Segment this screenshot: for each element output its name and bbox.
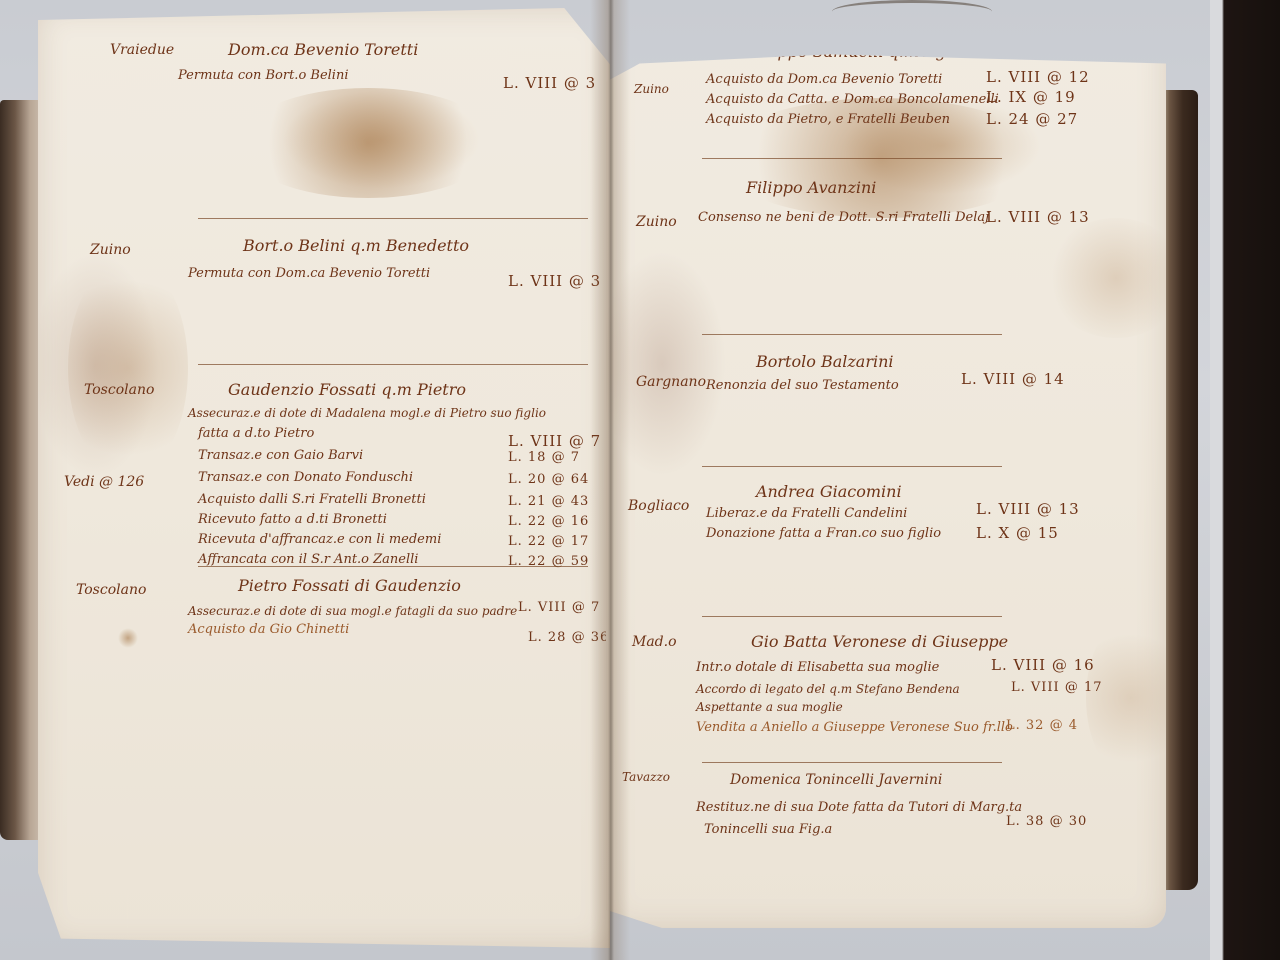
- entry-line: Acquisto da Pietro, e Fratelli Beuben: [706, 112, 950, 127]
- entry-amount: L. VIII @ 14: [961, 370, 1065, 388]
- entry-line: Transaz.e con Gaio Barvi: [198, 448, 363, 463]
- entry-amount: L. VIII @ 16: [991, 656, 1095, 674]
- entry-line: Acquisto da Gio Chinetti: [188, 622, 349, 637]
- entry-line: Acquisto da Catta. e Dom.ca Boncolamenel…: [706, 92, 999, 107]
- entry-place: Tavazzo: [622, 770, 670, 784]
- entry-line: Affrancata con il S.r Ant.o Zanelli: [198, 552, 418, 567]
- entry-line: Consenso ne beni de Dott. S.ri Fratelli …: [698, 210, 989, 225]
- entry-place: Gargnano: [636, 374, 706, 390]
- entry-divider: [702, 762, 1002, 763]
- water-stain: [1086, 618, 1166, 778]
- entry-line: Donazione fatta a Fran.co suo figlio: [706, 526, 941, 541]
- entry-amount: L. VIII @ 7: [518, 600, 600, 615]
- left-page: Vraiedue Dom.ca Bevenio Toretti Permuta …: [38, 8, 610, 948]
- entry-amount: L. 22 @ 16: [508, 514, 589, 529]
- entry-place: Toscolano: [76, 582, 146, 598]
- entry-amount: L. 24 @ 27: [986, 110, 1078, 128]
- entry-amount: L. VIII @ 12: [986, 68, 1090, 86]
- entry-amount: L. 22 @ 17: [508, 534, 589, 549]
- entry-amount: L. VIII @ 13: [986, 208, 1090, 226]
- entry-name: Domenica Tonincelli Javernini: [730, 772, 942, 788]
- entry-line: Liberaz.e da Fratelli Candelini: [706, 506, 907, 521]
- entry-divider: [198, 218, 588, 219]
- entry-line: Ricevuta d'affrancaz.e con li medemi: [198, 532, 441, 547]
- entry-amount: L. 18 @ 7: [508, 450, 580, 465]
- water-stain: [1046, 218, 1166, 338]
- entry-name: Andrea Giacomini: [756, 482, 902, 501]
- entry-name: Gaudenzio Fossati q.m Pietro: [228, 380, 466, 399]
- entry-line: Permuta con Bort.o Belini: [178, 68, 349, 83]
- water-stain: [238, 88, 498, 198]
- entry-amount: L. VIII @ 3: [508, 272, 601, 290]
- book-cover-right: [1210, 0, 1280, 960]
- entry-name: Bort.o Belini q.m Benedetto: [243, 236, 469, 255]
- entry-line: Assecuraz.e di dote di Madalena mogl.e d…: [188, 406, 546, 420]
- water-stain: [68, 258, 188, 478]
- bookmark-string: [832, 0, 992, 23]
- entry-name: Gio Batta Veronese di Giuseppe: [751, 632, 1008, 651]
- margin-note: Vedi @ 126: [64, 474, 144, 490]
- entry-divider: [198, 364, 588, 365]
- entry-divider: [198, 566, 588, 567]
- entry-line: Intr.o dotale di Elisabetta sua moglie: [696, 660, 939, 675]
- entry-divider: [702, 334, 1002, 335]
- entry-amount: L. 32 @ 4: [1006, 718, 1078, 733]
- entry-amount: L. X @ 15: [976, 524, 1059, 542]
- right-page: 70 Zuino Filippo Samuelli q.m Agostino A…: [606, 18, 1166, 928]
- entry-line: Acquisto dalli S.ri Fratelli Bronetti: [198, 492, 426, 507]
- entry-line: fatta a d.to Pietro: [198, 426, 314, 441]
- entry-amount: L. 21 @ 43: [508, 494, 589, 509]
- entry-line: Permuta con Dom.ca Bevenio Toretti: [188, 266, 430, 281]
- entry-amount: L. VIII @ 17: [1011, 680, 1103, 695]
- entry-divider: [702, 616, 1002, 617]
- entry-line: Acquisto da Dom.ca Bevenio Toretti: [706, 72, 942, 87]
- entry-line: Ricevuto fatto a d.ti Bronetti: [198, 512, 387, 527]
- entry-place: Vraiedue: [110, 42, 174, 58]
- entry-place: Bogliaco: [628, 498, 689, 514]
- entry-divider: [702, 158, 1002, 159]
- entry-line: Vendita a Aniello a Giuseppe Veronese Su…: [696, 720, 1013, 735]
- entry-line: Accordo di legato del q.m Stefano Benden…: [696, 682, 960, 696]
- entry-amount: L. 38 @ 30: [1006, 814, 1087, 829]
- entry-line: Restituz.ne di sua Dote fatta da Tutori …: [696, 800, 1022, 815]
- entry-amount: L. VIII @ 3: [503, 74, 596, 92]
- entry-line: Aspettante a sua moglie: [696, 700, 843, 714]
- entry-amount: L. VIII @ 7: [508, 432, 601, 450]
- entry-amount: L. 28 @ 36: [528, 630, 609, 645]
- entry-name: Pietro Fossati di Gaudenzio: [238, 576, 461, 595]
- entry-line: Assecuraz.e di dote di sua mogl.e fatagl…: [188, 604, 517, 618]
- entry-amount: L. VIII @ 13: [976, 500, 1080, 518]
- entry-name: Bortolo Balzarini: [756, 352, 894, 371]
- entry-divider: [702, 466, 1002, 467]
- ink-spot: [118, 628, 138, 648]
- entry-name: Dom.ca Bevenio Toretti: [228, 40, 418, 59]
- entry-amount: L. 20 @ 64: [508, 472, 589, 487]
- entry-place: Toscolano: [84, 382, 154, 398]
- entry-line: Renonzia del suo Testamento: [706, 378, 899, 393]
- entry-name: Filippo Avanzini: [746, 178, 876, 197]
- entry-place: Zuino: [634, 82, 669, 96]
- entry-amount: L. IX @ 19: [986, 88, 1076, 106]
- entry-line: Tonincelli sua Fig.a: [704, 822, 832, 837]
- entry-line: Transaz.e con Donato Fonduschi: [198, 470, 413, 485]
- entry-place: Zuino: [90, 242, 131, 258]
- entry-place: Mad.o: [632, 634, 677, 650]
- entry-place: Zuino: [636, 214, 677, 230]
